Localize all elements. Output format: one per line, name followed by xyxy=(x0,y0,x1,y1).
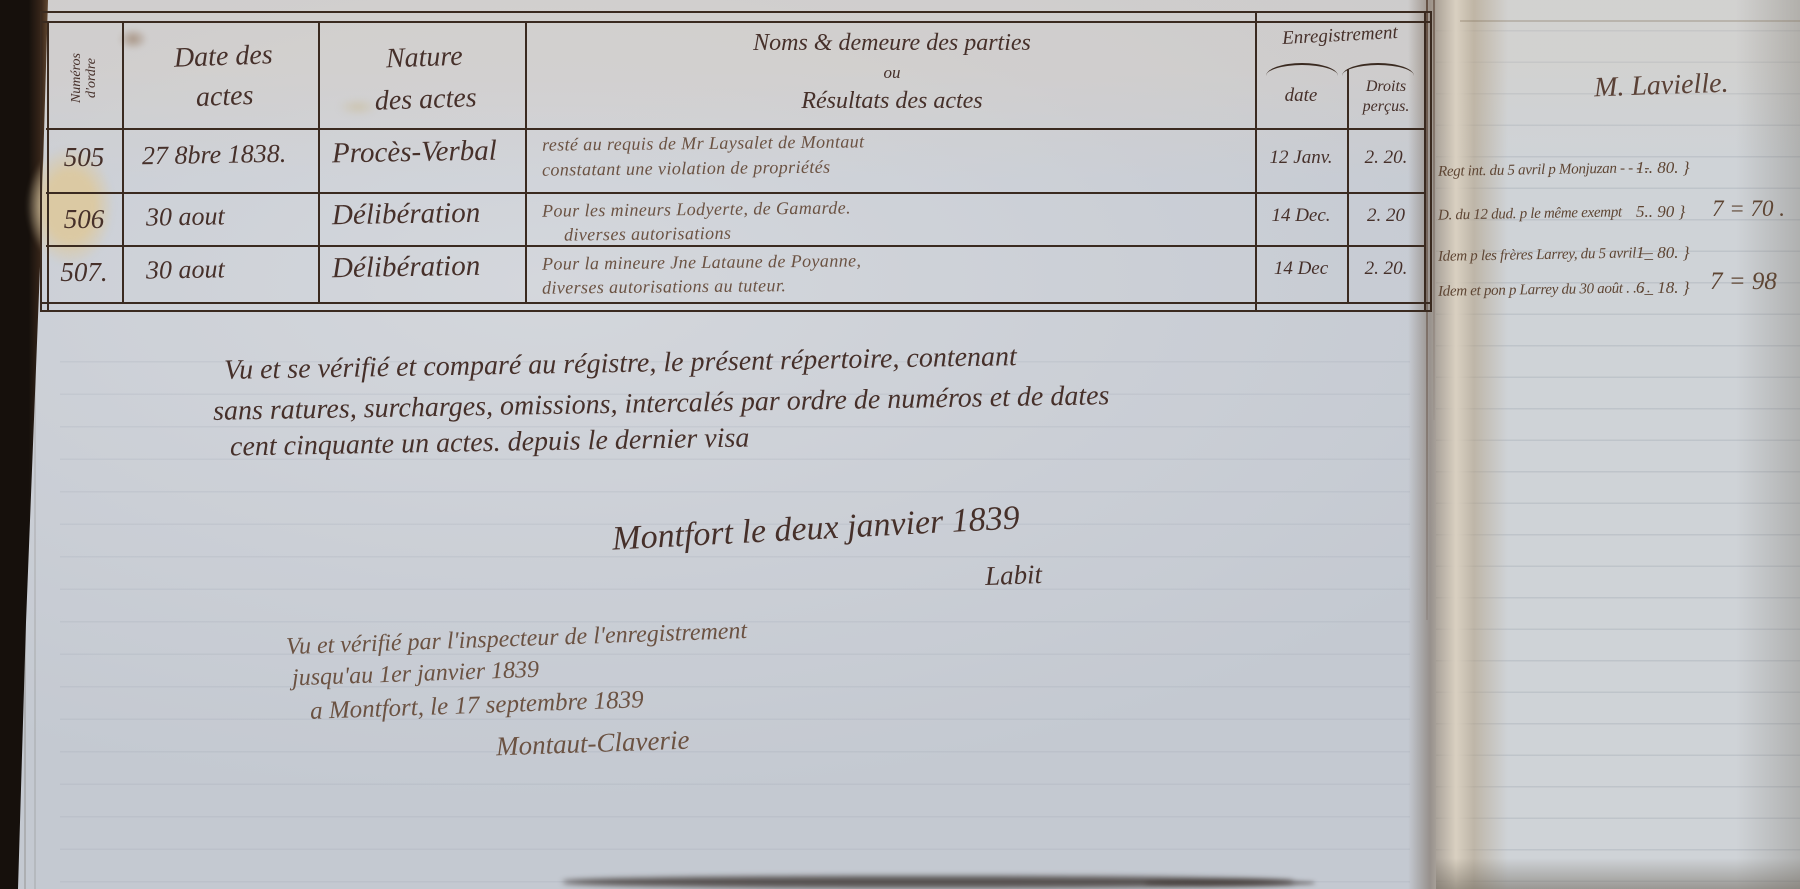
row-detail: Pour la mineure Jne Lataune de Poyanne, … xyxy=(542,250,1252,295)
row-detail-line2: constatant une violation de propriétés xyxy=(542,152,1252,180)
column-header-date: Date des actes xyxy=(131,34,318,120)
table-divider-nature xyxy=(525,21,527,302)
row-date: 30 aout xyxy=(146,201,225,232)
row-enr-date: 14 Dec. xyxy=(1257,205,1345,227)
column-header-nature: Nature des actes xyxy=(327,34,524,125)
row-nature: Procès-Verbal xyxy=(332,135,497,171)
nature-header-line2: des actes xyxy=(374,82,477,117)
row-droits: 2. 20 xyxy=(1349,205,1423,227)
column-header-noms: Noms & demeure des parties ou Résultats … xyxy=(532,29,1252,115)
column-header-enregistrement: Enregistrement xyxy=(1256,21,1425,52)
noms-header-ou: ou xyxy=(884,63,901,82)
row-detail-line2: diverses autorisations au tuteur. xyxy=(542,270,1252,298)
row-droits: 2. 20. xyxy=(1349,258,1423,280)
right-page-top-edge xyxy=(1460,20,1800,22)
date-header-line1: Date des xyxy=(173,39,273,73)
noms-header-line2: Résultats des actes xyxy=(801,88,982,114)
subheader-enr-droits: Droits perçus. xyxy=(1349,77,1423,117)
margin-note-amount: 1.. 80. } xyxy=(1636,158,1690,178)
enr-droits-label2: perçus. xyxy=(1363,98,1410,115)
table-rule-left xyxy=(40,11,42,312)
column-header-numero: Numéros d'ordre xyxy=(46,25,122,125)
enr-droits-label1: Droits xyxy=(1366,78,1406,95)
margin-note-amount: 1_ 80. } xyxy=(1636,243,1690,263)
table-rule-bottom xyxy=(40,310,1432,312)
row-detail-line2: diverses autorisations xyxy=(564,217,1252,245)
margin-note-total: 7 = 70 . xyxy=(1712,196,1785,222)
table-rule-bottom-inner xyxy=(40,302,1432,304)
nature-header-line1: Nature xyxy=(385,41,463,75)
table-divider-numero xyxy=(122,21,124,302)
row-number: 505 xyxy=(46,142,122,173)
table-divider-date xyxy=(318,21,320,302)
bottom-ink-smudge xyxy=(1145,880,1315,886)
row-enr-date: 12 Janv. xyxy=(1257,147,1345,169)
row-detail: resté au requis de Mr Laysalet de Montau… xyxy=(542,131,1252,177)
scanned-register-page: Numéros d'ordre Date des actes Nature de… xyxy=(0,0,1800,889)
table-rule-top xyxy=(40,11,1432,13)
row-droits: 2. 20. xyxy=(1349,147,1423,169)
header-brace-right xyxy=(1342,63,1414,76)
row-detail-line1: resté au requis de Mr Laysalet de Montau… xyxy=(542,127,1252,155)
enr-date-label: date xyxy=(1285,85,1318,106)
table-rule-right xyxy=(1430,11,1432,312)
row-nature: Délibération xyxy=(332,250,481,286)
row-enr-date: 14 Dec xyxy=(1257,258,1345,280)
margin-note-amount: 6_ 18. } xyxy=(1636,278,1690,298)
row-nature: Délibération xyxy=(332,197,481,233)
noms-header-line1: Noms & demeure des parties xyxy=(753,30,1031,56)
row-date: 27 8bre 1838. xyxy=(142,139,287,172)
row-detail-line1: Pour les mineurs Lodyerte, de Gamarde. xyxy=(542,193,1252,221)
table-rule-right-inner xyxy=(1424,11,1426,312)
margin-note-line: D. du 12 dud. p le même exempt xyxy=(1438,204,1622,224)
clerk-name-label: M. Lavielle. xyxy=(1593,68,1729,105)
row-number: 507. xyxy=(46,257,122,288)
row-date: 30 aout xyxy=(146,254,225,285)
date-header-line2: actes xyxy=(195,80,254,113)
row-detail: Pour les mineurs Lodyerte, de Gamarde. d… xyxy=(542,197,1252,242)
right-page-bottom-shadow xyxy=(1436,858,1800,889)
page-edge-line xyxy=(1433,0,1435,420)
numero-header-line2: d'ordre xyxy=(84,58,99,98)
margin-note-amount: 5.. 90 } xyxy=(1636,202,1685,222)
margin-note-total: 7 = 98 xyxy=(1710,268,1777,296)
numero-header-line1: Numéros xyxy=(69,53,84,103)
certification-signature: Labit xyxy=(984,559,1042,592)
row-number: 506 xyxy=(46,204,122,235)
subheader-enr-date: date xyxy=(1257,85,1345,107)
registry-table: Numéros d'ordre Date des actes Nature de… xyxy=(40,11,1432,313)
header-brace-left xyxy=(1266,63,1338,76)
table-rule-top-inner xyxy=(40,21,1432,23)
enregistrement-header-label: Enregistrement xyxy=(1282,22,1399,49)
